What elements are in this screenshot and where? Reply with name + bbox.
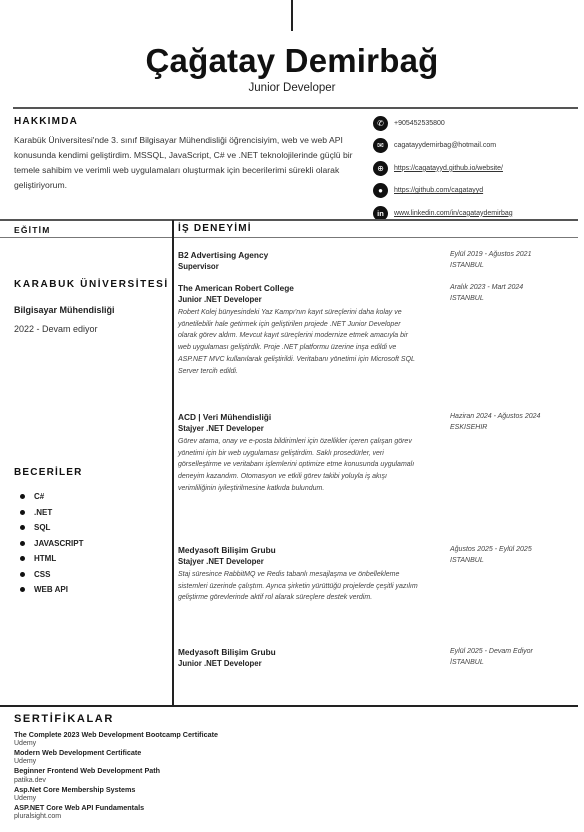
job-entry: Medyasoft Bilişim Grubu Junior .NET Deve… — [178, 647, 578, 669]
skill-label: C# — [34, 492, 44, 501]
skill-label: HTML — [34, 554, 56, 563]
job-entry: B2 Advertising Agency Supervisor Eylül 2… — [178, 250, 578, 272]
job-location: ISTANBUL — [450, 556, 532, 567]
bullet-icon — [20, 494, 25, 499]
email-address: cagatayydemirbag@hotmail.com — [394, 142, 496, 149]
skill-item: HTML — [20, 551, 84, 567]
column-divider — [172, 220, 174, 705]
decorative-top-line — [291, 0, 293, 31]
certificate-name: Modern Web Development Certificate — [14, 748, 218, 757]
bullet-icon — [20, 510, 25, 515]
job-entry: ACD | Veri Mühendisliği Stajyer .NET Dev… — [178, 412, 578, 495]
education-date: 2022 - Devam ediyor — [14, 324, 98, 334]
experience-title: İŞ DENEYİMİ — [178, 223, 252, 234]
skill-item: C# — [20, 489, 84, 505]
certificate-name: Beginner Frontend Web Development Path — [14, 766, 218, 775]
skill-label: WEB API — [34, 585, 68, 594]
education-title: EĞİTİM — [14, 225, 50, 235]
certificates-list: The Complete 2023 Web Development Bootca… — [14, 730, 218, 821]
divider-top — [13, 107, 578, 109]
github-link[interactable]: https://github.com/cagatayyd — [394, 187, 483, 194]
contact-github: ● https://github.com/cagatayyd — [373, 180, 583, 203]
bullet-icon — [20, 525, 25, 530]
job-location: ISTANBUL — [450, 294, 523, 305]
contact-email: ✉ cagatayydemirbag@hotmail.com — [373, 135, 583, 158]
divider-bottom — [0, 705, 578, 707]
bullet-icon — [20, 541, 25, 546]
job-meta: Haziran 2024 - Ağustos 2024 ESKISEHIR — [450, 412, 540, 433]
contact-list: ✆ +905452535800 ✉ cagatayydemirbag@hotma… — [373, 112, 583, 225]
person-name: Çağatay Demirbağ — [0, 42, 584, 80]
job-location: ESKISEHIR — [450, 423, 540, 434]
job-date: Ağustos 2025 - Eylül 2025 — [450, 545, 532, 556]
certificate-item: Beginner Frontend Web Development Path p… — [14, 766, 218, 784]
certificate-item: The Complete 2023 Web Development Bootca… — [14, 730, 218, 748]
job-description: Robert Kolej bünyesindeki Yaz Kampı'nın … — [178, 307, 418, 377]
about-section: HAKKIMDA Karabük Üniversitesi'nde 3. sın… — [14, 116, 364, 193]
skill-label: JAVASCRIPT — [34, 539, 84, 548]
divider-section-headers — [0, 237, 578, 238]
bullet-icon — [20, 572, 25, 577]
certificate-issuer: Udemy — [14, 794, 218, 803]
job-meta: Ağustos 2025 - Eylül 2025 ISTANBUL — [450, 545, 532, 566]
website-link[interactable]: https://cagatayyd.github.io/website/ — [394, 165, 503, 172]
skill-item: .NET — [20, 505, 84, 521]
job-date: Haziran 2024 - Ağustos 2024 — [450, 412, 540, 423]
school-name: KARABUK ÜNİVERSİTESİ — [14, 279, 169, 290]
contact-website: ⊕ https://cagatayyd.github.io/website/ — [373, 157, 583, 180]
certificate-name: ASP.NET Core Web API Fundamentals — [14, 803, 218, 812]
certificate-issuer: Udemy — [14, 739, 218, 748]
globe-icon: ⊕ — [373, 161, 388, 176]
skill-label: CSS — [34, 570, 50, 579]
skills-title: BECERİLER — [14, 467, 83, 478]
job-description: Staj süresince RabbitMQ ve Redis tabanlı… — [178, 569, 418, 604]
divider-middle — [0, 219, 578, 221]
certificate-name: The Complete 2023 Web Development Bootca… — [14, 730, 218, 739]
certificate-issuer: patika.dev — [14, 776, 218, 785]
certificate-issuer: Udemy — [14, 757, 218, 766]
certificate-item: ASP.NET Core Web API Fundamentals plural… — [14, 803, 218, 821]
phone-icon: ✆ — [373, 116, 388, 131]
bullet-icon — [20, 587, 25, 592]
certificate-item: Asp.Net Core Membership Systems Udemy — [14, 785, 218, 803]
person-role: Junior Developer — [0, 82, 584, 94]
contact-phone: ✆ +905452535800 — [373, 112, 583, 135]
job-entry: Medyasoft Bilişim Grubu Stajyer .NET Dev… — [178, 545, 578, 604]
phone-number: +905452535800 — [394, 120, 445, 127]
certificate-item: Modern Web Development Certificate Udemy — [14, 748, 218, 766]
job-location: ISTANBUL — [450, 261, 531, 272]
job-meta: Eylül 2025 - Devam Ediyor İSTANBUL — [450, 647, 533, 668]
linkedin-link[interactable]: www.linkedin.com/in/cagataydemirbag — [394, 210, 513, 217]
contact-linkedin: in www.linkedin.com/in/cagataydemirbag — [373, 202, 583, 225]
skill-item: CSS — [20, 567, 84, 583]
certificate-name: Asp.Net Core Membership Systems — [14, 785, 218, 794]
job-date: Eylül 2025 - Devam Ediyor — [450, 647, 533, 658]
certificates-title: SERTİFİKALAR — [14, 713, 114, 725]
job-meta: Aralık 2023 - Mart 2024 ISTANBUL — [450, 283, 523, 304]
job-date: Eylül 2019 - Ağustos 2021 — [450, 250, 531, 261]
skill-label: .NET — [34, 508, 52, 517]
certificate-issuer: pluralsight.com — [14, 812, 218, 821]
skill-item: SQL — [20, 520, 84, 536]
mail-icon: ✉ — [373, 138, 388, 153]
skill-item: JAVASCRIPT — [20, 536, 84, 552]
degree-name: Bilgisayar Mühendisliği — [14, 305, 115, 315]
github-icon: ● — [373, 183, 388, 198]
job-meta: Eylül 2019 - Ağustos 2021 ISTANBUL — [450, 250, 531, 271]
job-description: Görev atama, onay ve e-posta bildirimler… — [178, 436, 418, 495]
job-entry: The American Robert College Junior .NET … — [178, 283, 578, 377]
job-date: Aralık 2023 - Mart 2024 — [450, 283, 523, 294]
skill-item: WEB API — [20, 582, 84, 598]
about-text: Karabük Üniversitesi'nde 3. sınıf Bilgis… — [14, 133, 364, 193]
skill-label: SQL — [34, 523, 50, 532]
about-title: HAKKIMDA — [14, 116, 364, 127]
skills-list: C# .NET SQL JAVASCRIPT HTML CSS WEB API — [20, 489, 84, 598]
job-location: İSTANBUL — [450, 658, 533, 669]
bullet-icon — [20, 556, 25, 561]
